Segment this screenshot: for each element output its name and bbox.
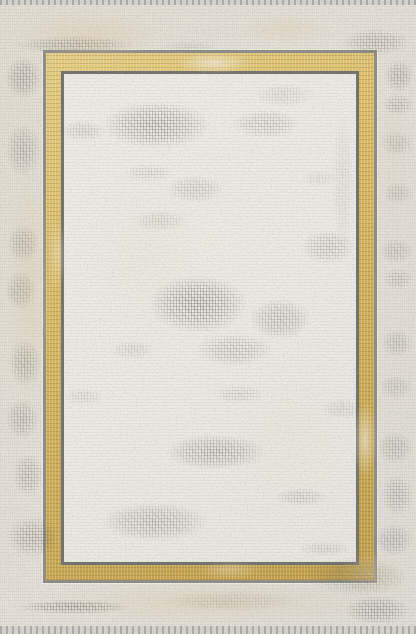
distress-mark bbox=[6, 334, 44, 392]
tan-wear-patch bbox=[220, 350, 360, 530]
worn-light-patch bbox=[166, 50, 262, 76]
tan-wear-patch bbox=[0, 130, 60, 450]
distress-mark bbox=[208, 382, 270, 406]
distress-mark bbox=[380, 266, 416, 292]
distress-mark bbox=[338, 592, 416, 628]
distress-mark bbox=[376, 372, 416, 402]
distress-mark bbox=[244, 294, 316, 344]
distress-mark bbox=[128, 208, 194, 234]
distress-mark bbox=[150, 588, 310, 614]
distress-mark bbox=[160, 172, 230, 206]
worn-light-patch bbox=[120, 180, 300, 300]
distress-mark bbox=[296, 226, 360, 268]
distress-mark bbox=[92, 96, 220, 154]
distress-mark bbox=[156, 430, 274, 474]
distress-mark bbox=[60, 386, 108, 408]
distress-mark bbox=[2, 512, 64, 562]
distress-mark bbox=[270, 486, 332, 508]
distress-mark bbox=[380, 180, 416, 206]
distress-mark bbox=[4, 34, 144, 56]
distress-mark bbox=[92, 498, 218, 546]
distress-mark bbox=[104, 338, 160, 362]
worn-light-patch bbox=[190, 558, 270, 582]
distress-mark bbox=[158, 40, 220, 54]
distress-mark bbox=[378, 128, 416, 158]
distress-mark bbox=[2, 118, 44, 182]
distress-mark bbox=[380, 92, 416, 118]
distress-mark bbox=[55, 118, 111, 144]
distress-mark bbox=[298, 168, 340, 188]
distress-mark bbox=[330, 96, 356, 266]
distress-mark bbox=[294, 540, 356, 558]
tan-wear-patch bbox=[330, 545, 416, 605]
worn-light-patch bbox=[350, 392, 380, 488]
distress-mark bbox=[10, 448, 46, 502]
tan-wear-patch bbox=[0, 575, 416, 630]
distress-mark bbox=[378, 326, 416, 360]
tan-wear-patch bbox=[70, 140, 220, 370]
distress-texture-layer bbox=[0, 0, 416, 634]
distress-mark bbox=[2, 394, 42, 444]
distress-mark bbox=[378, 470, 416, 520]
distress-mark bbox=[8, 598, 140, 616]
rug-photo bbox=[0, 0, 416, 634]
distress-mark bbox=[372, 520, 416, 560]
distress-mark bbox=[118, 162, 180, 184]
distress-mark bbox=[4, 220, 42, 266]
tan-wear-patch bbox=[0, 6, 180, 66]
distress-mark bbox=[374, 428, 416, 468]
distress-mark bbox=[188, 330, 280, 370]
distress-mark bbox=[2, 266, 38, 314]
tan-wear-patch bbox=[225, 8, 345, 50]
distress-mark bbox=[336, 26, 416, 58]
distress-mark bbox=[2, 52, 44, 104]
distress-mark bbox=[382, 56, 416, 96]
worn-light-patch bbox=[230, 420, 380, 510]
distress-mark bbox=[316, 396, 370, 422]
distress-mark bbox=[225, 106, 307, 142]
distress-mark bbox=[248, 80, 320, 110]
distress-mark bbox=[376, 236, 416, 266]
distress-mark bbox=[140, 268, 256, 340]
distress-mark bbox=[298, 554, 416, 600]
tan-wear-patch bbox=[370, 60, 416, 260]
worn-light-patch bbox=[44, 210, 70, 300]
